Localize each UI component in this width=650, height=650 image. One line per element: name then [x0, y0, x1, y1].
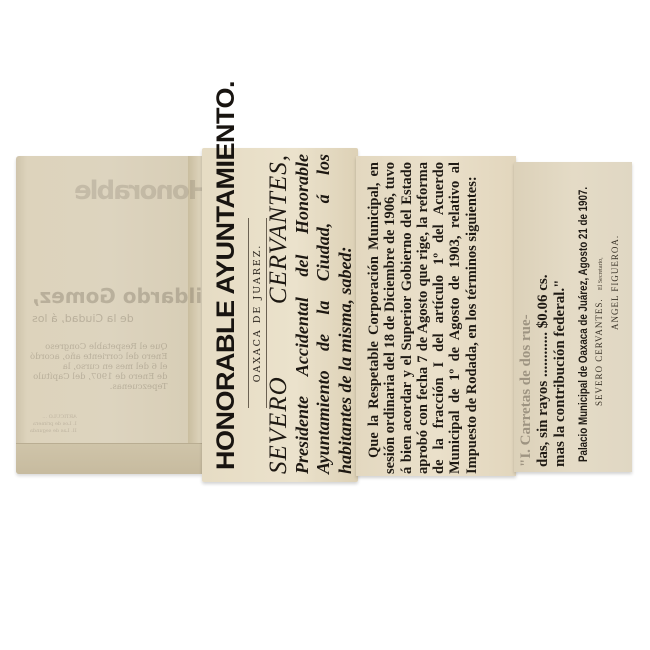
document-photo: Honorable Gildardo Gomez, de la Ciudad, … — [0, 0, 650, 650]
decree-text: "I. Carretas de dos rue- das, sin rayos … — [518, 167, 569, 467]
bleed-through-name: Gildardo Gomez, — [32, 284, 202, 308]
back-panel: Honorable Gildardo Gomez, de la Ciudad, … — [16, 156, 202, 474]
signature-president: SEVERO CERVANTES. — [594, 298, 604, 406]
decree-line-1: "I. Carretas de dos rue- — [518, 167, 535, 467]
bleed-through-subline: de la Ciudad, á los — [32, 312, 134, 325]
decree-line-3: mas la contribución federal." — [552, 167, 569, 467]
closing-panel: "I. Carretas de dos rue- das, sin rayos … — [514, 162, 632, 472]
document-title: HONORABLE AYUNTAMIENTO. — [212, 160, 241, 470]
secretary-label: El Secretario, — [598, 257, 604, 290]
decree-line-2: das, sin rayos ............ $0.06 cs. — [535, 167, 552, 467]
president-name: SEVERO CERVANTES, — [265, 154, 292, 474]
bleed-through-articles: ARTICULO ... I. Los de primera II. Las d… — [30, 414, 77, 435]
body-text: Que la Respetable Corporación Municipal,… — [366, 162, 480, 474]
torn-fold — [16, 443, 202, 474]
intro-text: Presidente Accidental del Honorable Ayun… — [292, 154, 355, 474]
signature-secretary: ANGEL FIGUEROA. — [610, 235, 620, 330]
body-panel: Que la Respetable Corporación Municipal,… — [356, 156, 516, 476]
header-panel: HONORABLE AYUNTAMIENTO. OAXACA DE JUAREZ… — [202, 148, 358, 482]
intro-paragraph: SEVERO CERVANTES, Presidente Accidental … — [268, 154, 356, 474]
bleed-through-paragraph: Que el Respetable Congreso Enero del cor… — [30, 342, 168, 392]
place-date: Palacio Municipal de Oaxaca de Juárez, A… — [578, 216, 590, 463]
body-paragraph: Que la Respetable Corporación Municipal,… — [366, 162, 480, 474]
bleed-through-heading: Honorable — [76, 176, 202, 206]
